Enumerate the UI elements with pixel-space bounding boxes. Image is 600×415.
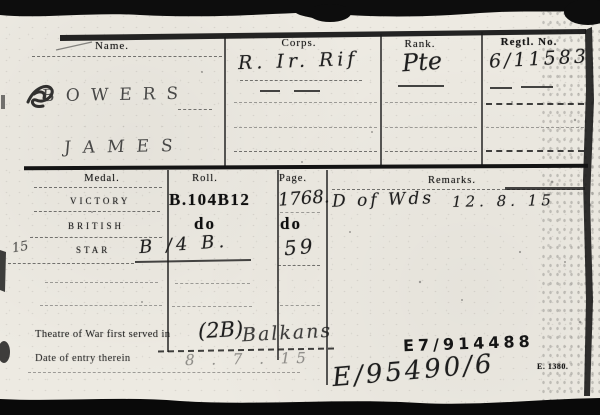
medal-row-star: Star (76, 245, 110, 255)
ditto-mark (521, 86, 553, 88)
ruling (385, 102, 477, 103)
ruling (178, 109, 212, 110)
ruling (45, 282, 158, 283)
page-column-header: Page. (279, 173, 307, 184)
ruling (34, 187, 162, 188)
ruling (486, 150, 584, 152)
theatre-of-war-label: Theatre of War first served in (35, 329, 170, 340)
date-of-entry-label: Date of entry therein (35, 353, 131, 364)
date-of-entry-value: 8 . 7 . 15 (185, 349, 312, 369)
ruling (385, 151, 477, 152)
surname-value: BOWERS (41, 84, 189, 107)
medal-column-header: Medal. (84, 173, 119, 184)
ruling (34, 211, 160, 212)
rank-value: Pte (401, 47, 443, 78)
medal-row-british: British (68, 221, 124, 231)
ruling (234, 127, 377, 128)
ruling (240, 80, 362, 81)
ditto-mark (490, 87, 512, 89)
scan-top-blob (309, 4, 351, 22)
scan-right-border (583, 27, 594, 396)
ruling (280, 212, 320, 213)
ruling (175, 283, 250, 284)
ruling (486, 127, 584, 128)
forename-value: JAMES (63, 136, 185, 158)
divider-rank-regtl (481, 32, 483, 167)
theatre-code-value: (2B) (197, 317, 243, 343)
medal-row-victory: Victory (70, 196, 130, 206)
ruling-heavy (505, 187, 585, 190)
page-value-star: 59 (283, 234, 316, 261)
ruling (8, 263, 134, 264)
name-column-header: Name. (95, 40, 129, 52)
scan-left-mark-3 (1, 95, 5, 109)
corps-column-header: Corps. (281, 37, 316, 49)
scan-left-mark-1 (0, 250, 6, 292)
roll-column-header: Roll. (192, 173, 218, 184)
theatre-value: Balkans (241, 320, 332, 347)
ruling (172, 306, 252, 307)
ruling (278, 265, 320, 266)
scan-left-mark-2 (0, 341, 10, 363)
ruling (385, 127, 477, 128)
divider-corps-rank (380, 34, 382, 167)
ditto-mark (260, 90, 280, 92)
corps-value: R. Ir. Rif (238, 48, 359, 74)
regtl-column-header: Regtl. No. (501, 36, 558, 48)
page-value-british: do (280, 214, 302, 234)
remarks-text: D of Wds (332, 188, 435, 212)
divider-name-corps (224, 37, 226, 167)
ruling (234, 102, 377, 103)
ruling (486, 103, 584, 105)
medal-index-card-scan: Name. Corps. Rank. Regtl. No. BOWERS JAM… (0, 0, 600, 415)
roll-value-victory: B.104B12 (169, 190, 250, 210)
ruling (234, 151, 377, 152)
form-number: E. 1380. (537, 362, 568, 371)
page-value-victory: 1768. (277, 186, 330, 211)
ruling (32, 56, 222, 57)
remarks-column-header: Remarks. (428, 175, 476, 186)
ditto-mark (398, 85, 444, 87)
ditto-mark (294, 90, 320, 92)
remarks-date: 12. 8. 15 (452, 191, 555, 211)
stray-line (56, 42, 92, 50)
ruling (40, 305, 162, 306)
ruling (28, 372, 300, 373)
scan-bottom-band (0, 398, 600, 415)
scan-top-band (0, 0, 600, 21)
medal-prefix-15: 15 (11, 239, 30, 257)
ruling (280, 305, 320, 306)
